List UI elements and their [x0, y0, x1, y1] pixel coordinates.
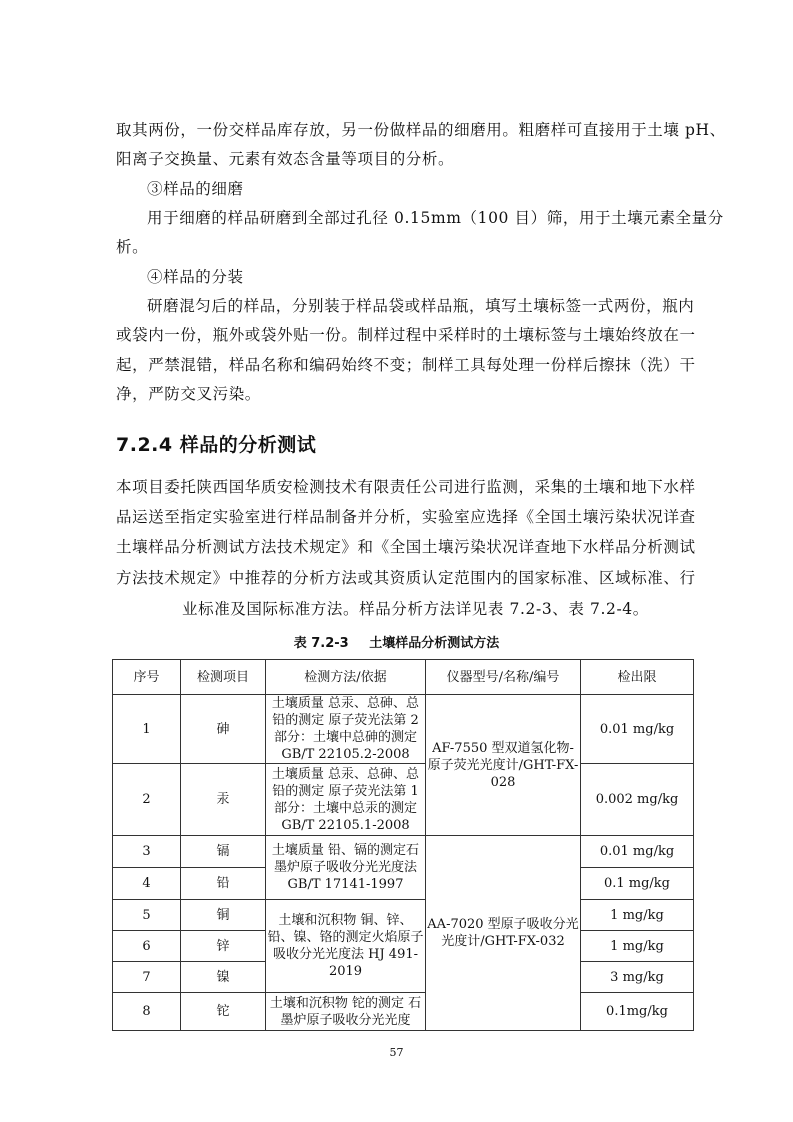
table-row: 1 砷 土壤质量 总汞、总砷、总铅的测定 原子荧光法第 2 部分：土壤中总砷的测…: [113, 695, 694, 764]
paragraph-line: 土壤样品分析测试方法技术规定》和《全国土壤污染状况详查地下水样品分析测试: [116, 535, 696, 557]
paragraph-line: 方法技术规定》中推荐的分析方法或其资质认定范围内的国家标准、区域标准、行: [116, 566, 696, 588]
cell-limit: 0.01 mg/kg: [581, 695, 694, 764]
cell-no: 6: [113, 931, 181, 962]
cell-instrument: AF-7550 型双道氢化物-原子荧光光度计/GHT-FX-028: [426, 695, 581, 836]
cell-no: 2: [113, 764, 181, 836]
cell-limit: 1 mg/kg: [581, 931, 694, 962]
cell-method: 土壤和沉积物 铊的测定 石墨炉原子吸收分光光度: [266, 993, 426, 1031]
paragraph-line: 本项目委托陕西国华质安检测技术有限责任公司进行监测，采集的土壤和地下水样: [116, 475, 696, 497]
paragraph-line: 起，严禁混错，样品名称和编码始终不变；制样工具每处理一份样后擦抹（洗）干: [116, 353, 696, 375]
page-number: 57: [0, 1046, 793, 1059]
cell-item: 铜: [181, 900, 266, 931]
cell-item: 铊: [181, 993, 266, 1031]
cell-item: 汞: [181, 764, 266, 836]
cell-method: 土壤质量 总汞、总砷、总铅的测定 原子荧光法第 1 部分：土壤中总汞的测定 GB…: [266, 764, 426, 836]
cell-limit: 0.01 mg/kg: [581, 836, 694, 868]
table-row: 3 镉 土壤质量 铅、镉的测定石墨炉原子吸收分光光度法 GB/T 17141-1…: [113, 836, 694, 868]
cell-item: 镉: [181, 836, 266, 868]
paragraph-line: 业标准及国际标准方法。样品分析方法详见表 7.2-3、表 7.2-4。: [182, 597, 649, 619]
paragraph-line: 取其两份，一份交样品库存放，另一份做样品的细磨用。粗磨样可直接用于土壤 pH、: [116, 118, 726, 140]
cell-limit: 0.1mg/kg: [581, 993, 694, 1031]
cell-item: 镍: [181, 962, 266, 993]
header-item: 检测项目: [181, 660, 266, 695]
cell-instrument: AA-7020 型原子吸收分光光度计/GHT-FX-032: [426, 836, 581, 1031]
header-no: 序号: [113, 660, 181, 695]
cell-limit: 0.1 mg/kg: [581, 868, 694, 900]
table-header-row: 序号 检测项目 检测方法/依据 仪器型号/名称/编号 检出限: [113, 660, 694, 695]
cell-item: 砷: [181, 695, 266, 764]
header-method: 检测方法/依据: [266, 660, 426, 695]
cell-method: 土壤和沉积物 铜、锌、铅、镍、铬的测定火焰原子吸收分光光度法 HJ 491-20…: [266, 900, 426, 993]
paragraph-line: 阳离子交换量、元素有效态含量等项目的分析。: [116, 147, 454, 169]
cell-method: 土壤质量 总汞、总砷、总铅的测定 原子荧光法第 2 部分：土壤中总砷的测定 GB…: [266, 695, 426, 764]
subheading-fine-grinding: ③样品的细磨: [147, 177, 244, 199]
section-heading: 7.2.4 样品的分析测试: [116, 430, 316, 457]
cell-no: 3: [113, 836, 181, 868]
paragraph-line: 析。: [116, 235, 148, 257]
cell-method: 土壤质量 铅、镉的测定石墨炉原子吸收分光光度法 GB/T 17141-1997: [266, 836, 426, 900]
paragraph-line: 净，严防交叉污染。: [116, 382, 261, 404]
table-caption-number: 表 7.2-3: [294, 636, 349, 651]
paragraph-line: 研磨混匀后的样品，分别装于样品袋或样品瓶，填写土壤标签一式两份，瓶内: [147, 294, 694, 316]
cell-item: 锌: [181, 931, 266, 962]
cell-no: 8: [113, 993, 181, 1031]
table-row: 5 铜 土壤和沉积物 铜、锌、铅、镍、铬的测定火焰原子吸收分光光度法 HJ 49…: [113, 900, 694, 931]
cell-no: 7: [113, 962, 181, 993]
table-row: 2 汞 土壤质量 总汞、总砷、总铅的测定 原子荧光法第 1 部分：土壤中总汞的测…: [113, 764, 694, 836]
analysis-methods-table: 序号 检测项目 检测方法/依据 仪器型号/名称/编号 检出限 1 砷 土壤质量 …: [112, 659, 694, 1031]
cell-item: 铅: [181, 868, 266, 900]
cell-limit: 1 mg/kg: [581, 900, 694, 931]
subheading-packaging: ④样品的分装: [147, 265, 244, 287]
cell-limit: 3 mg/kg: [581, 962, 694, 993]
header-instrument: 仪器型号/名称/编号: [426, 660, 581, 695]
cell-no: 4: [113, 868, 181, 900]
cell-limit: 0.002 mg/kg: [581, 764, 694, 836]
table-caption: 表 7.2-3 土壤样品分析测试方法: [0, 632, 793, 651]
paragraph-line: 或袋内一份，瓶外或袋外贴一份。制样过程中采样时的土壤标签与土壤始终放在一: [116, 323, 696, 345]
table-caption-title: 土壤样品分析测试方法: [369, 636, 499, 651]
paragraph-line: 用于细磨的样品研磨到全部过孔径 0.15mm（100 目）筛，用于土壤元素全量分: [147, 206, 724, 228]
cell-no: 1: [113, 695, 181, 764]
cell-no: 5: [113, 900, 181, 931]
table-row: 8 铊 土壤和沉积物 铊的测定 石墨炉原子吸收分光光度 0.1mg/kg: [113, 993, 694, 1031]
header-limit: 检出限: [581, 660, 694, 695]
paragraph-line: 品运送至指定实验室进行样品制备并分析，实验室应选择《全国土壤污染状况详查: [116, 505, 696, 527]
